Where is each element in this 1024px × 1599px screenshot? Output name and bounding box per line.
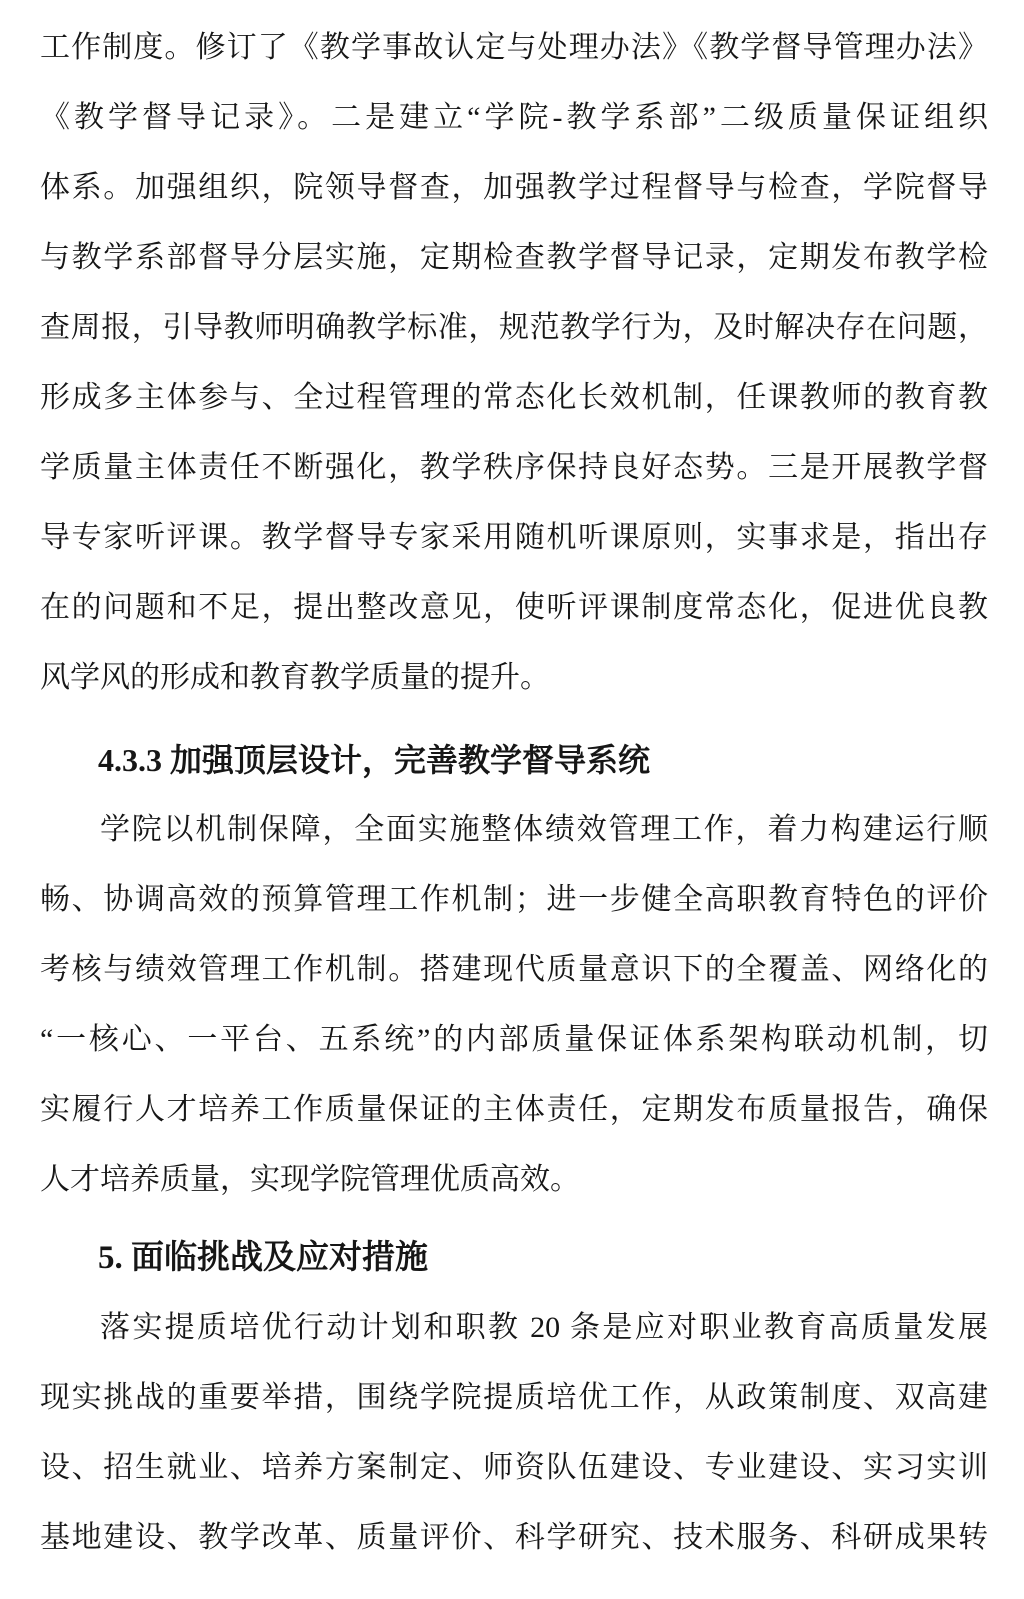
body-line: 《教学督导记录》。二是建立“学院-教学系部”二级质量保证组织 [40, 83, 988, 153]
body-line: 在的问题和不足，提出整改意见，使听评课制度常态化，促进优良教 [40, 573, 988, 643]
body-line: 学质量主体责任不断强化，教学秩序保持良好态势。三是开展教学督 [40, 433, 988, 503]
body-line: 体系。加强组织，院领导督查，加强教学过程督导与检查，学院督导 [40, 153, 988, 223]
body-line: 实履行人才培养工作质量保证的主体责任，定期发布质量报告，确保 [40, 1075, 988, 1145]
body-line: 现实挑战的重要举措，围绕学院提质培优工作，从政策制度、双高建 [40, 1363, 988, 1433]
body-line: 形成多主体参与、全过程管理的常态化长效机制，任课教师的教育教 [40, 363, 988, 433]
body-line: 导专家听评课。教学督导专家采用随机听课原则，实事求是，指出存 [40, 503, 988, 573]
body-line: 查周报，引导教师明确教学标准，规范教学行为，及时解决存在问题， [40, 293, 988, 363]
paragraph-end-line: 风学风的形成和教育教学质量的提升。 [40, 643, 988, 713]
body-line: “一核心、一平台、五系统”的内部质量保证体系架构联动机制，切 [40, 1005, 988, 1075]
section-heading: 5. 面临挑战及应对措施 [40, 1223, 988, 1293]
subsection-heading: 4.3.3 加强顶层设计，完善教学督导系统 [40, 725, 988, 795]
body-line: 与教学系部督导分层实施，定期检查教学督导记录，定期发布教学检 [40, 223, 988, 293]
body-line: 考核与绩效管理工作机制。搭建现代质量意识下的全覆盖、网络化的 [40, 935, 988, 1005]
document-page: 工作制度。修订了《教学事故认定与处理办法》《教学督导管理办法》 《教学督导记录》… [0, 0, 1024, 1573]
body-line: 畅、协调高效的预算管理工作机制；进一步健全高职教育特色的评价 [40, 865, 988, 935]
body-line: 工作制度。修订了《教学事故认定与处理办法》《教学督导管理办法》 [40, 13, 988, 83]
paragraph-end-line: 人才培养质量，实现学院管理优质高效。 [40, 1145, 988, 1215]
paragraph-start-line: 落实提质培优行动计划和职教 20 条是应对职业教育高质量发展 [40, 1293, 988, 1363]
paragraph-start-line: 学院以机制保障，全面实施整体绩效管理工作，着力构建运行顺 [40, 795, 988, 865]
body-line: 基地建设、教学改革、质量评价、科学研究、技术服务、科研成果转 [40, 1503, 988, 1573]
body-line: 设、招生就业、培养方案制定、师资队伍建设、专业建设、实习实训 [40, 1433, 988, 1503]
